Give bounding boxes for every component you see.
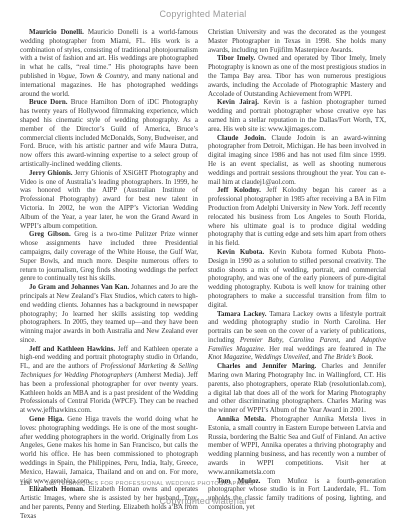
photographer-name: Jo Gram and Johannes Van Kan.: [29, 283, 129, 291]
book-title: 100 TECHNIQUES FOR PROFESSIONAL WEDDING …: [46, 481, 254, 487]
page-footer: 124 100 TECHNIQUES FOR PROFESSIONAL WEDD…: [20, 479, 254, 488]
photographer-name: Mauricio Donelli.: [29, 28, 84, 36]
paragraph-text: and: [340, 336, 361, 344]
book-page: Copyrighted Material Mauricio Donelli. M…: [0, 0, 406, 525]
paragraph: Greg Gibson. Greg is a two-time Pulitzer…: [20, 230, 198, 283]
photographer-name: Claude Jodoin.: [217, 134, 266, 142]
paragraph: Jeff Kolodny. Jeff Kolodny began his car…: [208, 186, 386, 248]
photographer-name: Jeff Kolodny.: [217, 186, 261, 194]
copyright-notice-bottom: Copyrighted Material: [0, 496, 406, 506]
paragraph: Kevin Kubota. Kevin Kubota formed Kubota…: [208, 248, 386, 310]
paragraph-text: Vogue, Town & Country,: [58, 72, 129, 80]
paragraph-text: Johannes and Jo are the principals at Ne…: [20, 283, 198, 344]
paragraph: Claude Jodoin. Claude Jodoin is an award…: [208, 134, 386, 187]
paragraph-text: Photographer Annika Metsla lives in Esto…: [208, 415, 386, 476]
paragraph: Charles and Jennifer Maring. Charles and…: [208, 362, 386, 415]
paragraph: Jo Gram and Johannes Van Kan. Johannes a…: [20, 283, 198, 345]
paragraph: Tibor Imely. Owned and operated by Tibor…: [208, 54, 386, 98]
paragraph: Christian University and was the decorat…: [208, 28, 386, 54]
column-left: Mauricio Donelli. Mauricio Donelli is a …: [20, 28, 198, 521]
paragraph: Jerry Ghionis. Jerry Ghionis of XSiGHT P…: [20, 169, 198, 231]
paragraph-text: Kevin Kubota formed Kubota Photo-Design …: [208, 248, 386, 309]
paragraph: Mauricio Donelli. Mauricio Donelli is a …: [20, 28, 198, 98]
photographer-name: Kevin Jairaj.: [217, 98, 259, 106]
paragraph: Bruce Dorn. Bruce Hamilton Dorn of iDC P…: [20, 98, 198, 168]
column-right: Christian University and was the decorat…: [208, 28, 386, 521]
photographer-name: Charles and Jennifer Maring.: [217, 362, 316, 370]
photographer-name: Tibor Imely.: [217, 54, 255, 62]
paragraph: Gene Higa. Gene Higa travels the world d…: [20, 415, 198, 485]
photographer-name: Tamara Lackey.: [217, 310, 266, 318]
photographer-name: Greg Gibson.: [29, 230, 71, 238]
photographer-name: Annika Metsla.: [217, 415, 266, 423]
paragraph-text: Jerry Ghionis of XSiGHT Photography and …: [20, 169, 198, 230]
paragraph: Jeff and Kathleen Hawkins. Jeff and Kath…: [20, 345, 198, 415]
paragraph: Kevin Jairaj. Kevin is a fashion photogr…: [208, 98, 386, 133]
paragraph-text: and: [310, 353, 324, 361]
photographer-name: Bruce Dorn.: [29, 98, 67, 106]
photographer-name: Jerry Ghionis.: [29, 169, 73, 177]
photographer-name: Jeff and Kathleen Hawkins.: [29, 345, 115, 353]
paragraph-text: Jeff Kolodny began his career as a profe…: [208, 186, 386, 247]
paragraph: Annika Metsla. Photographer Annika Metsl…: [208, 415, 386, 477]
paragraph-text: Gene Higa travels the world doing what h…: [20, 415, 198, 485]
paragraph-text: Christian University and was the decorat…: [208, 28, 386, 54]
copyright-notice-top: Copyrighted Material: [0, 9, 406, 19]
paragraph-text: Premier Baby, Carolina Parent,: [240, 336, 340, 344]
photographer-name: Kevin Kubota.: [217, 248, 264, 256]
footer-divider: [38, 479, 39, 488]
paragraph: Tamara Lackey. Tamara Lackey owns a life…: [208, 310, 386, 363]
paragraph-text: Bruce Hamilton Dorn of iDC Photography h…: [20, 98, 198, 168]
paragraph-text: Her real weddings are featured in: [265, 345, 375, 353]
paragraph-text: The Bride’s Book.: [324, 353, 374, 361]
text-columns: Mauricio Donelli. Mauricio Donelli is a …: [20, 28, 386, 521]
photographer-name: Gene Higa.: [29, 415, 64, 423]
page-number: 124: [20, 481, 31, 487]
